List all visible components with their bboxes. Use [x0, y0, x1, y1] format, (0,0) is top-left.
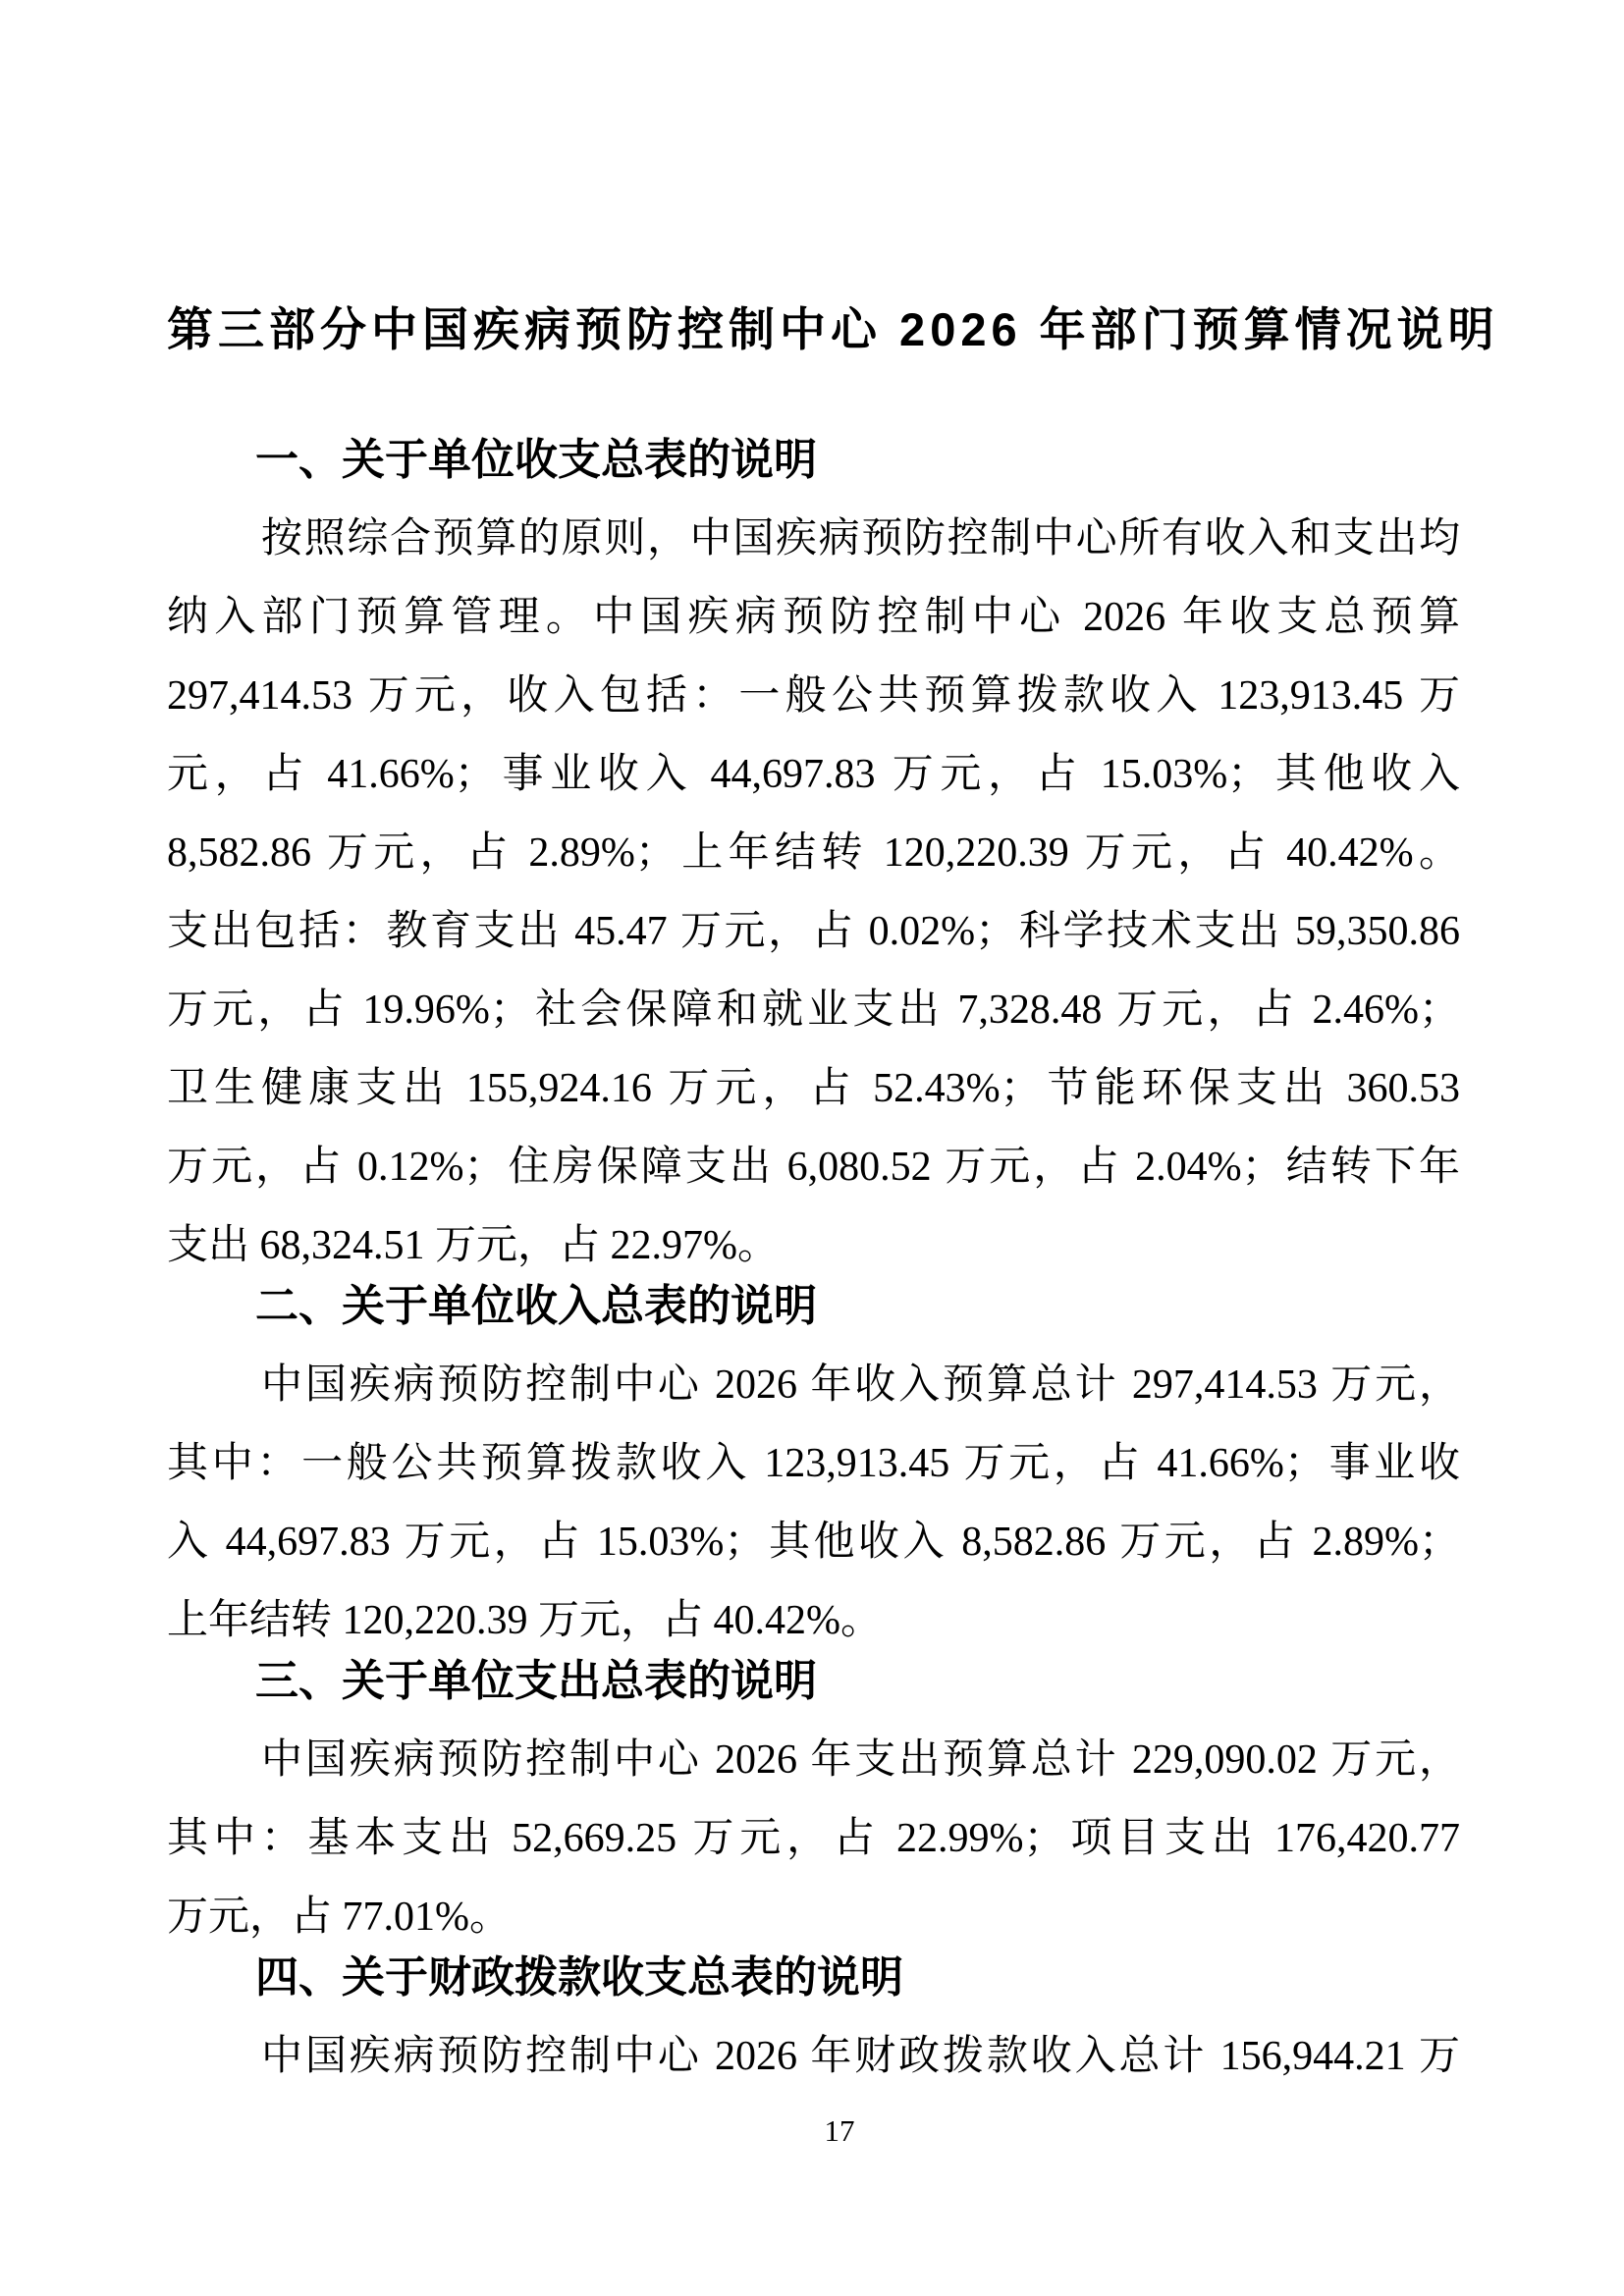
- paragraph-line: 其中：基本支出 52,669.25 万元，占 22.99%；项目支出 176,4…: [167, 1799, 1460, 1878]
- paragraph-line: 入 44,697.83 万元，占 15.03%；其他收入 8,582.86 万元…: [167, 1503, 1460, 1581]
- section-heading: 四、关于财政拨款收支总表的说明: [167, 1939, 1460, 2017]
- page-number: 17: [0, 2110, 1624, 2152]
- paragraph-line: 卫生健康支出 155,924.16 万元，占 52.43%；节能环保支出 360…: [167, 1049, 1460, 1128]
- paragraph-line: 纳入部门预算管理。中国疾病预防控制中心 2026 年收支总预算: [167, 578, 1460, 657]
- paragraph-line: 元，占 41.66%；事业收入 44,697.83 万元，占 15.03%；其他…: [167, 735, 1460, 814]
- paragraph-line: 其中：一般公共预算拨款收入 123,913.45 万元，占 41.66%；事业收: [167, 1424, 1460, 1503]
- paragraph-line: 按照综合预算的原则，中国疾病预防控制中心所有收入和支出均: [167, 500, 1460, 578]
- paragraph-line: 万元，占 19.96%；社会保障和就业支出 7,328.48 万元，占 2.46…: [167, 971, 1460, 1049]
- section-heading: 二、关于单位收入总表的说明: [167, 1267, 1460, 1346]
- section: 二、关于单位收入总表的说明中国疾病预防控制中心 2026 年收入预算总计 297…: [167, 1267, 1460, 1660]
- paragraph-line: 297,414.53 万元，收入包括：一般公共预算拨款收入 123,913.45…: [167, 657, 1460, 735]
- paragraph-line: 中国疾病预防控制中心 2026 年支出预算总计 229,090.02 万元，: [167, 1721, 1460, 1799]
- document-page: 第三部分中国疾病预防控制中心 2026 年部门预算情况说明 一、关于单位收支总表…: [0, 0, 1624, 2296]
- section: 四、关于财政拨款收支总表的说明中国疾病预防控制中心 2026 年财政拨款收入总计…: [167, 1939, 1460, 2096]
- section: 三、关于单位支出总表的说明中国疾病预防控制中心 2026 年支出预算总计 229…: [167, 1642, 1460, 1956]
- paragraph-line: 中国疾病预防控制中心 2026 年收入预算总计 297,414.53 万元，: [167, 1346, 1460, 1424]
- paragraph-line: 万元，占 0.12%；住房保障支出 6,080.52 万元，占 2.04%；结转…: [167, 1128, 1460, 1206]
- document-content: 第三部分中国疾病预防控制中心 2026 年部门预算情况说明 一、关于单位收支总表…: [167, 0, 1460, 2096]
- paragraph-line: 支出包括：教育支出 45.47 万元，占 0.02%；科学技术支出 59,350…: [167, 892, 1460, 971]
- document-body: 一、关于单位收支总表的说明按照综合预算的原则，中国疾病预防控制中心所有收入和支出…: [167, 421, 1460, 2096]
- section-heading: 三、关于单位支出总表的说明: [167, 1642, 1460, 1721]
- paragraph-line: 中国疾病预防控制中心 2026 年财政拨款收入总计 156,944.21 万: [167, 2017, 1460, 2096]
- document-title: 第三部分中国疾病预防控制中心 2026 年部门预算情况说明: [167, 295, 1460, 364]
- paragraph-line: 8,582.86 万元，占 2.89%；上年结转 120,220.39 万元，占…: [167, 814, 1460, 892]
- section: 一、关于单位收支总表的说明按照综合预算的原则，中国疾病预防控制中心所有收入和支出…: [167, 421, 1460, 1285]
- section-heading: 一、关于单位收支总表的说明: [167, 421, 1460, 500]
